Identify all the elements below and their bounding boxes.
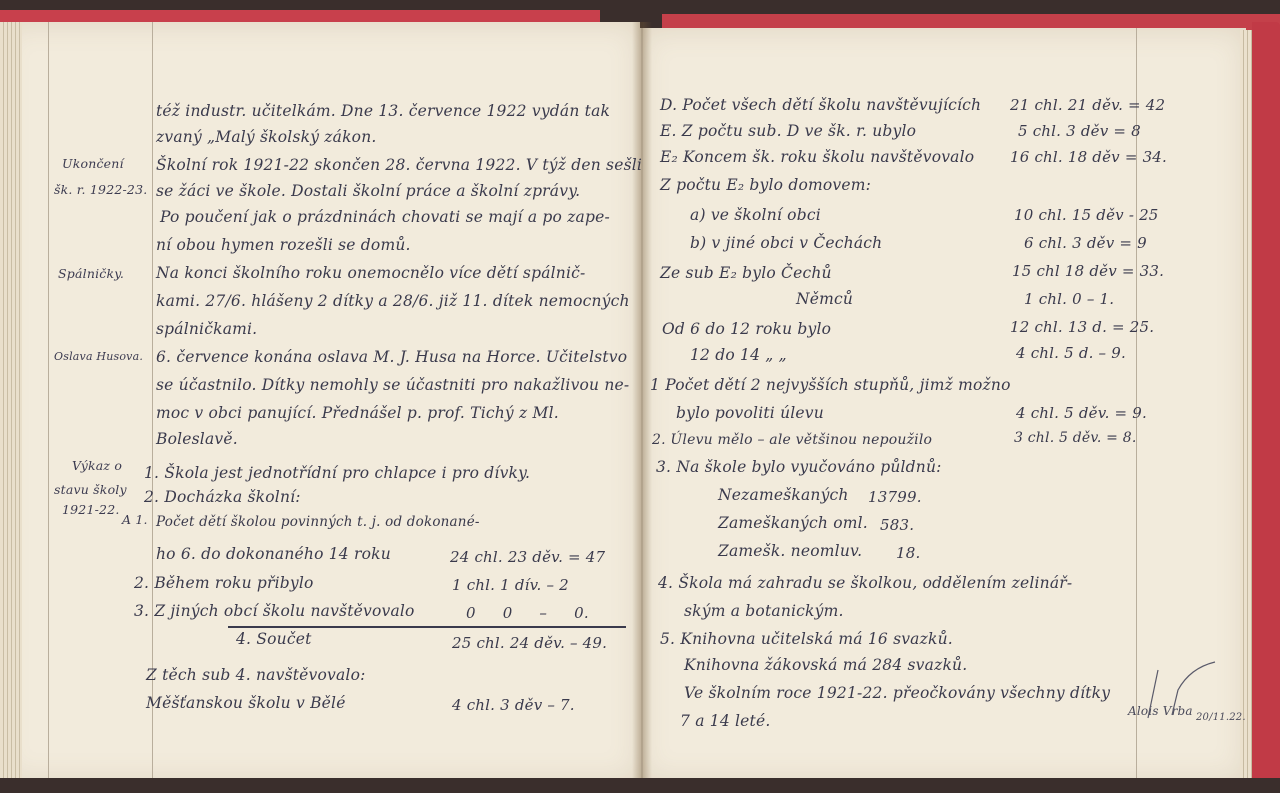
- teaching-item-value: 583.: [880, 516, 914, 534]
- garden-line-2: ským a botanickým.: [684, 602, 844, 620]
- text-line: též industr. učitelkám. Dne 13. července…: [156, 102, 610, 120]
- text-line: zvaný „Malý školský zákon.: [156, 128, 377, 146]
- text-line: spálničkami.: [156, 320, 257, 338]
- stat-row-values: 15 chl 18 děv = 33.: [1012, 262, 1164, 280]
- margin-note-vykaz-3: 1921-22.: [62, 502, 120, 517]
- signature-flourish-icon: [1140, 660, 1220, 720]
- text-line: moc v obci panující. Přednášel p. prof. …: [156, 404, 559, 422]
- report-sub4-heading: Z těch sub 4. navštěvovalo:: [146, 666, 366, 684]
- report-a3-values: 0 0 – 0.: [466, 604, 589, 622]
- stat-row-values: 6 chl. 3 děv = 9: [1024, 234, 1147, 252]
- stat-row-values: 4 chl. 5 d. – 9.: [1016, 344, 1126, 362]
- text-line: Na konci školního roku onemocnělo více d…: [156, 264, 585, 282]
- margin-note-vykaz-2: stavu školy: [54, 482, 127, 497]
- stat-row-values: 12 chl. 13 d. = 25.: [1010, 318, 1154, 336]
- margin-note-a1: A 1.: [122, 512, 148, 527]
- stat-row-label: Z počtu E₂ bylo domovem:: [660, 176, 871, 194]
- stat-row-label: E₂ Koncem šk. roku školu navštěvovalo: [660, 148, 974, 166]
- stat-row-values: 1 chl. 0 – 1.: [1024, 290, 1114, 308]
- teaching-item-label: Nezameškaných: [718, 486, 849, 504]
- margin-note-ukonceni: Ukončení: [62, 156, 124, 171]
- report-a4-label: 4. Součet: [236, 630, 312, 648]
- margin-note-school-year: šk. r. 1922-23.: [54, 182, 147, 197]
- stat-row-label: a) ve školní obci: [690, 206, 821, 224]
- stat-row-values: 10 chl. 15 děv - 25: [1014, 206, 1159, 224]
- text-line: ní obou hymen rozešli se domů.: [156, 236, 411, 254]
- text-line: kami. 27/6. hlášeny 2 dítky a 28/6. již …: [156, 292, 630, 310]
- stat-row-label: 2. Úlevu mělo – ale většinou nepoužilo: [652, 432, 932, 448]
- report-item-2: 2. Docházka školní:: [144, 488, 301, 506]
- teaching-item-value: 18.: [896, 544, 920, 562]
- text-line: se účastnilo. Dítky nemohly se účastniti…: [156, 376, 629, 394]
- stat-row-values: 5 chl. 3 děv = 8: [1018, 122, 1141, 140]
- stat-row-values: 4 chl. 5 děv. = 9.: [1016, 404, 1147, 422]
- stat-row-label: Ze sub E₂ bylo Čechů: [660, 264, 832, 282]
- stat-row-label: b) v jiné obci v Čechách: [690, 234, 882, 252]
- library-line-1: 5. Knihovna učitelská má 16 svazků.: [660, 630, 953, 648]
- report-a1-values: 24 chl. 23 děv. = 47: [450, 548, 605, 566]
- text-line: Boleslavě.: [156, 430, 238, 448]
- stat-row-label: Od 6 do 12 roku bylo: [662, 320, 831, 338]
- report-item-1: 1. Škola jest jednotřídní pro chlapce i …: [144, 464, 530, 482]
- left-margin-rule: [152, 22, 153, 778]
- book-gutter: [632, 22, 652, 782]
- vaccination-line-1: Ve školním roce 1921-22. přeočkovány vše…: [684, 684, 1110, 702]
- report-mestanska-label: Měšťanskou školu v Bělé: [146, 694, 346, 712]
- report-a2-label: 2. Během roku přibylo: [134, 574, 314, 592]
- text-line: Po poučení jak o prázdninách chovati se …: [160, 208, 610, 226]
- text-line: Školní rok 1921-22 skončen 28. června 19…: [156, 156, 642, 174]
- text-line: se žáci ve škole. Dostali školní práce a…: [156, 182, 580, 200]
- teaching-item-value: 13799.: [868, 488, 922, 506]
- stat-row-label: E. Z počtu sub. D ve šk. r. ubylo: [660, 122, 916, 140]
- report-mestanska-values: 4 chl. 3 děv – 7.: [452, 696, 575, 714]
- margin-note-vykaz-1: Výkaz o: [72, 458, 122, 473]
- margin-note-oslava: Oslava Husova.: [54, 350, 143, 363]
- report-a2-values: 1 chl. 1 dív. – 2: [452, 576, 569, 594]
- stat-row-label: 1 Počet dětí 2 nejvyšších stupňů, jimž m…: [650, 376, 1011, 394]
- report-a3-label: 3. Z jiných obcí školu navštěvovalo: [134, 602, 415, 620]
- library-line-2: Knihovna žákovská má 284 svazků.: [684, 656, 967, 674]
- right-margin-rule: [1136, 28, 1137, 778]
- stat-row-label: Němců: [796, 290, 853, 308]
- stat-row-label: D. Počet všech dětí školu navštěvujících: [660, 96, 981, 114]
- teaching-item-label: Zamešk. neomluv.: [718, 542, 862, 560]
- left-page-edges: [0, 22, 22, 782]
- book-bottom-background: [0, 778, 1280, 793]
- right-page-edges: [1240, 30, 1252, 782]
- stat-row-values: 3 chl. 5 děv. = 8.: [1014, 430, 1136, 446]
- report-a4-values: 25 chl. 24 děv. – 49.: [452, 634, 607, 652]
- report-a1-line2: ho 6. do dokonaného 14 roku: [156, 545, 391, 563]
- left-outer-rule: [48, 22, 49, 778]
- teaching-item-label: Zameškaných oml.: [718, 514, 868, 532]
- text-line: 6. července konána oslava M. J. Husa na …: [156, 348, 627, 366]
- book-cover-right-edge: [1252, 22, 1280, 782]
- margin-note-spalnicky: Spálničky.: [58, 266, 124, 281]
- stat-row-label: 12 do 14 „ „: [690, 346, 787, 364]
- teaching-heading: 3. Na škole bylo vyučováno půldnů:: [656, 458, 942, 476]
- stat-row-values: 21 chl. 21 děv. = 42: [1010, 96, 1165, 114]
- sum-divider-line: [228, 626, 626, 628]
- garden-line-1: 4. Škola má zahradu se školkou, oddělení…: [658, 574, 1072, 592]
- stat-row-values: 16 chl. 18 děv = 34.: [1010, 148, 1167, 166]
- vaccination-line-2: 7 a 14 leté.: [680, 712, 770, 730]
- report-a1-line1: Počet dětí školou povinných t. j. od dok…: [156, 514, 480, 530]
- stat-row-label: bylo povoliti úlevu: [676, 404, 824, 422]
